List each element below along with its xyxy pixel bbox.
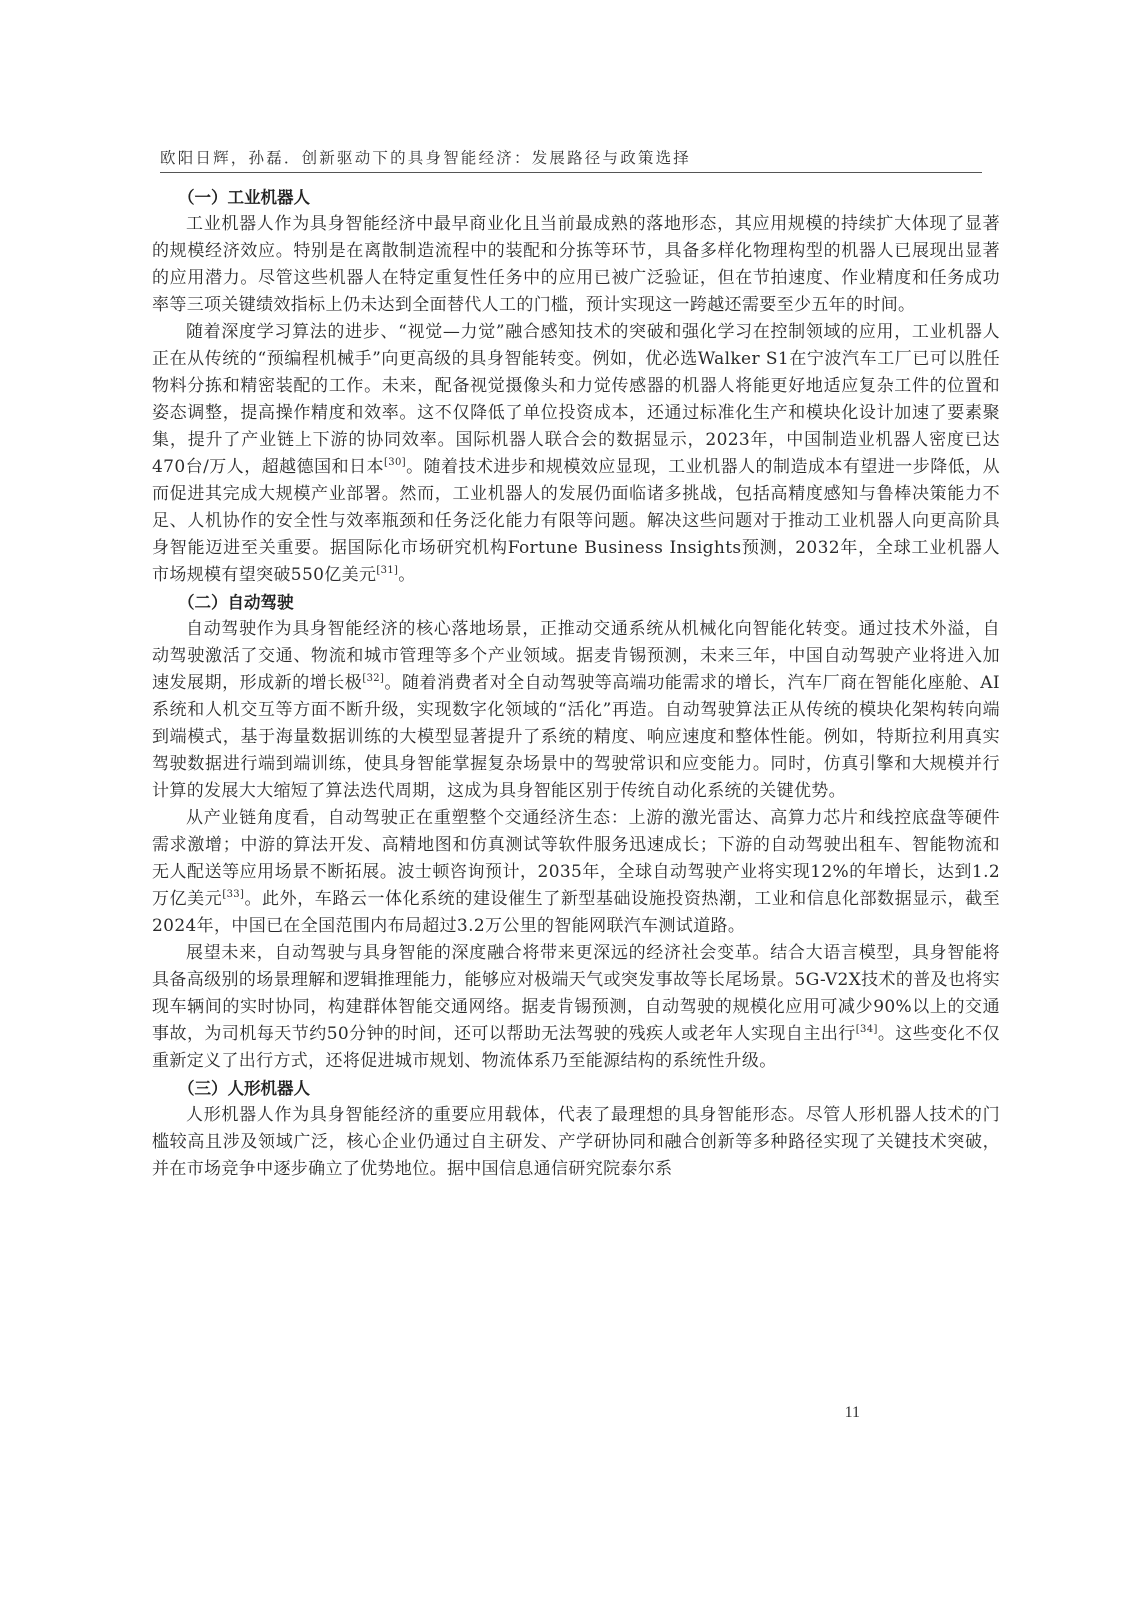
header-rule [160,172,982,173]
page-number: 11 [845,1404,860,1422]
citation-34: [34] [856,1024,878,1035]
running-head: 欧阳日辉，孙磊．创新驱动下的具身智能经济：发展路径与政策选择 [160,146,691,168]
paragraph: 人形机器人作为具身智能经济的重要应用载体，代表了最理想的具身智能形态。尽管人形机… [152,1102,1000,1183]
section-heading-humanoid-robots: （三）人形机器人 [152,1075,1000,1102]
paragraph: 随着深度学习算法的进步、“视觉—力觉”融合感知技术的突破和强化学习在控制领域的应… [152,319,1000,589]
section-heading-industrial-robots: （一）工业机器人 [152,184,1000,211]
paragraph-text: 随着深度学习算法的进步、“视觉—力觉”融合感知技术的突破和强化学习在控制领域的应… [152,322,1000,477]
citation-30: [30] [384,457,406,468]
paragraph: 从产业链角度看，自动驾驶正在重塑整个交通经济生态：上游的激光雷达、高算力芯片和线… [152,805,1000,940]
citation-32: [32] [362,673,384,684]
citation-33: [33] [222,889,244,900]
section-heading-autonomous-driving: （二）自动驾驶 [152,589,1000,616]
paragraph: 展望未来，自动驾驶与具身智能的深度融合将带来更深远的经济社会变革。结合大语言模型… [152,940,1000,1075]
paragraph-text: 。 [398,565,415,585]
citation-31: [31] [376,565,398,576]
paragraph: 自动驾驶作为具身智能经济的核心落地场景，正推动交通系统从机械化向智能化转变。通过… [152,616,1000,805]
paragraph-text: 。此外，车路云一体化系统的建设催生了新型基础设施投资热潮，工业和信息化部数据显示… [152,889,1000,936]
article-body: （一）工业机器人 工业机器人作为具身智能经济中最早商业化且当前最成熟的落地形态，… [152,184,1000,1183]
paragraph: 工业机器人作为具身智能经济中最早商业化且当前最成熟的落地形态，其应用规模的持续扩… [152,211,1000,319]
